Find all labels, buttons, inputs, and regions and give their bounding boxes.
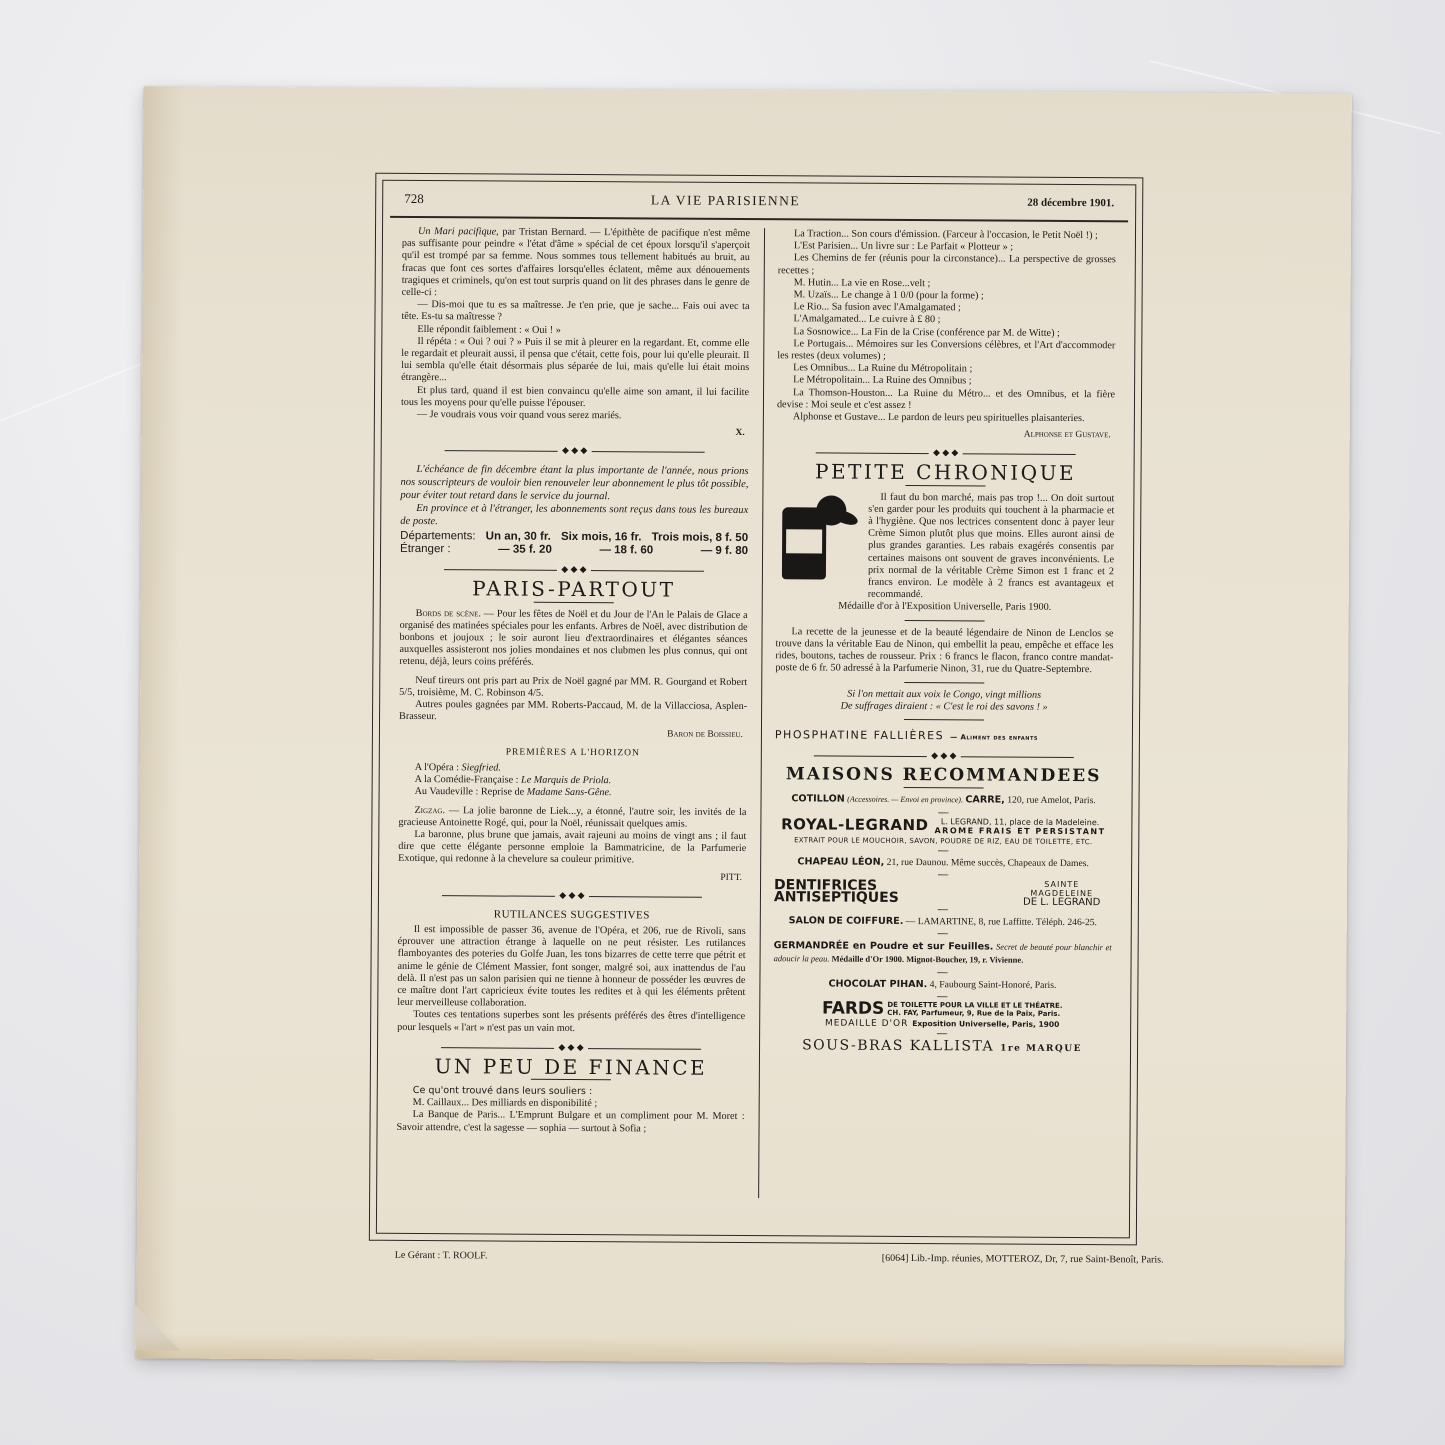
- subheading: PREMIÈRES A L'HORIZON: [399, 746, 747, 760]
- page-number: 728: [404, 191, 424, 207]
- right-column: La Traction... Son cours d'émission. (Fa…: [773, 228, 1116, 1055]
- masthead: 728 LA VIE PARISIENNE 28 décembre 1901.: [404, 188, 1114, 214]
- review-paragraph: — Dis-moi que tu es sa maîtresse. Je t'e…: [401, 299, 749, 326]
- ornament-divider: ◆ ◆ ◆: [441, 1042, 701, 1054]
- footer-gerant: Le Gérant : T. ROOLF.: [395, 1250, 488, 1262]
- review-paragraph: — Je voudrais vous voir quand vous serez…: [401, 409, 749, 423]
- ornament-divider: ◆ ◆ ◆: [445, 446, 705, 458]
- phosphatine-ad: PHOSPHATINE FALLIÈRES — Aliment des enfa…: [775, 729, 1113, 744]
- short-rule: [904, 719, 984, 720]
- paragraph: La baronne, plus brune que jamais, avait…: [398, 829, 746, 868]
- listing-fards: FARDS DE TOILETTE POUR LA VILLE ET LE TH…: [773, 1000, 1111, 1019]
- price-row: Départements: Un an, 30 fr. Six mois, 16…: [400, 530, 748, 545]
- ad-text: Il faut du bon marché, mais pas trop !..…: [868, 491, 1115, 602]
- short-rule: [905, 485, 985, 486]
- cream-jar-cherub-illustration: [776, 491, 861, 584]
- review-paragraph: Il répéta : « Oui ? oui ? » Puis il se m…: [401, 336, 749, 387]
- issue-date: 28 décembre 1901.: [1027, 197, 1114, 210]
- paragraph: Toutes ces tentations superbes sont les …: [397, 1009, 745, 1036]
- short-rule: [904, 681, 984, 682]
- subscription-prices: Départements: Un an, 30 fr. Six mois, 16…: [400, 530, 748, 558]
- finance-continued: La Traction... Son cours d'émission. (Fa…: [777, 228, 1116, 442]
- listing-germandree: GERMANDRÉE en Poudre et sur Feuilles. Se…: [774, 939, 1112, 967]
- paragraph: Autres poules gagnées par MM. Roberts-Pa…: [399, 699, 747, 726]
- signature: Baron de Boissieu.: [399, 727, 743, 741]
- review-intro: par Tristan Bernard. — L'épithète de pac…: [402, 226, 750, 298]
- finance-item: Les Chemins de fer (réunis pour la circo…: [778, 253, 1116, 279]
- notice-paragraph: L'échéance de fin décembre étant la plus…: [400, 463, 748, 504]
- listing-chapeau-leon: CHAPEAU LÉON, 21, rue Daunou. Même succè…: [774, 856, 1112, 870]
- paris-partout-section: PARIS-PARTOUT Bords de scène. — Pour les…: [398, 582, 748, 883]
- short-rule: [534, 601, 614, 602]
- finance-item: La Thomson-Houston... La Ruine du Métro.…: [777, 387, 1115, 413]
- ornament-divider: ◆ ◆ ◆: [442, 890, 702, 902]
- review-title: Un Mari pacifique,: [418, 226, 499, 237]
- listing-cotillon: COTILLON (Accessoires. — Envoi en provin…: [775, 794, 1113, 808]
- listing-dentifrices: DENTIFRICES ANTISEPTIQUES SAINTE MAGDELE…: [774, 878, 1112, 907]
- ornament-divider: ◆ ◆ ◆: [814, 751, 1074, 763]
- subheading: RUTILANCES SUGGESTIVES: [398, 908, 746, 922]
- section-title: PARIS-PARTOUT: [400, 582, 748, 596]
- finance-item: La Banque de Paris... L'Emprunt Bulgare …: [397, 1109, 745, 1136]
- notice-paragraph: En province et à l'étranger, les abonnem…: [400, 502, 748, 530]
- premiere-item: Au Vaudeville : Reprise de Madame Sans-G…: [399, 786, 747, 800]
- ninon-ad: La recette de la jeunesse et de la beaut…: [775, 626, 1113, 677]
- publication-title: LA VIE PARISIENNE: [651, 192, 800, 209]
- footer-printer: [6064] Lib.-Imp. réunies, MOTTEROZ, Dr, …: [882, 1253, 1164, 1266]
- newspaper-sheet: 728 LA VIE PARISIENNE 28 décembre 1901. …: [136, 86, 1352, 1365]
- petite-chronique-section: PETITE CHRONIQUE Il faut du bon marché, …: [775, 466, 1115, 745]
- page-frame: 728 LA VIE PARISIENNE 28 décembre 1901. …: [369, 173, 1144, 1246]
- maisons-recommandees-section: MAISONS RECOMMANDEES COTILLON (Accessoir…: [773, 768, 1113, 1055]
- listing-kallista: SOUS-BRAS KALLISTA 1re MARQUE: [773, 1039, 1111, 1055]
- finance-section: UN PEU DE FINANCE Ce qu'ont trouvé dans …: [397, 1060, 745, 1136]
- ornament-divider: ◆ ◆ ◆: [816, 448, 1076, 460]
- review-article: Un Mari pacifique, par Tristan Bernard. …: [401, 226, 750, 440]
- subscription-notice: L'échéance de fin décembre étant la plus…: [400, 463, 748, 530]
- review-paragraph: Et plus tard, quand il est bien convainc…: [401, 385, 749, 412]
- left-column: Un Mari pacifique, par Tristan Bernard. …: [397, 226, 751, 1136]
- finance-item: Le Portugais... Mémoires sur les Convers…: [777, 338, 1115, 364]
- medal-line: Médaille d'or à l'Exposition Universelle…: [776, 601, 1114, 615]
- listing-salon-coiffure: SALON DE COIFFURE. — LAMARTINE, 8, rue L…: [774, 915, 1112, 929]
- section-title: MAISONS RECOMMANDEES: [775, 768, 1113, 782]
- congo-verse: De suffrages diraient : « C'est le roi d…: [775, 700, 1113, 714]
- listing-chocolat-pihan: CHOCOLAT PIHAN. 4, Faubourg Saint-Honoré…: [773, 978, 1111, 992]
- creme-simon-ad: Il faut du bon marché, mais pas trop !..…: [776, 491, 1115, 603]
- folded-corner: [134, 1304, 180, 1350]
- price-row: Étranger : — 35 f. 20 — 18 f. 60 — 9 f. …: [400, 543, 748, 558]
- short-rule: [904, 787, 984, 788]
- signature: PITT.: [398, 869, 742, 883]
- review-signature: X.: [401, 425, 745, 439]
- ornament-divider: ◆ ◆ ◆: [444, 565, 704, 577]
- listing-royal-legrand: ROYAL-LEGRAND L. LEGRAND, 11, place de l…: [774, 816, 1112, 836]
- paragraph: Neuf tireurs ont pris part au Prix de No…: [399, 675, 747, 702]
- signature: Alphonse et Gustave.: [777, 427, 1111, 441]
- section-title: UN PEU DE FINANCE: [397, 1060, 745, 1074]
- finance-item: Alphonse et Gustave... Le pardon de leur…: [777, 411, 1115, 425]
- short-rule: [905, 620, 985, 621]
- section-title: PETITE CHRONIQUE: [777, 466, 1115, 480]
- rutilances-section: RUTILANCES SUGGESTIVES Il est impossible…: [397, 908, 746, 1036]
- paragraph: Il est impossible de passer 36, avenue d…: [397, 924, 746, 1012]
